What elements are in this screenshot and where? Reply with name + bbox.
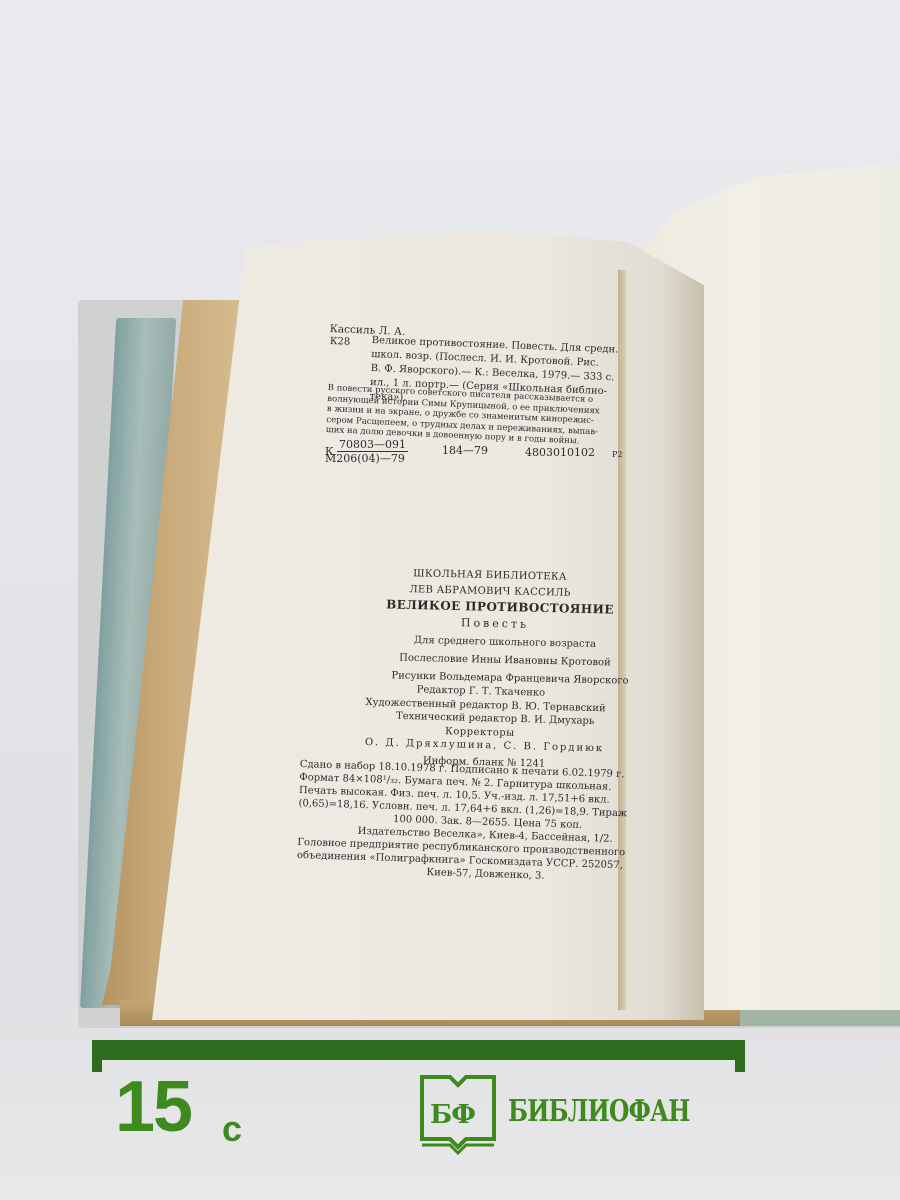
watermark-bar-tick-right — [735, 1040, 745, 1072]
imprint-block: Сдано в набор 18.10.1978 г. Подписано к … — [296, 758, 699, 888]
index-denominator: М206(04)—79 — [325, 452, 408, 465]
catalog-code-3: 4803010102 — [525, 446, 595, 459]
watermark-logo-letters: БФ — [430, 1100, 475, 1130]
index-numerator: 70803—091 — [337, 438, 408, 452]
watermark-brand: БИБЛИОФАН — [508, 1094, 690, 1129]
catalog-code-2: 184—79 — [442, 444, 488, 457]
watermark-price-unit: с — [222, 1108, 242, 1150]
index-prefix: К — [325, 445, 334, 458]
watermark-price: 15 — [115, 1068, 191, 1146]
catalog-index-fraction: К 70803—091 М206(04)—79 — [325, 438, 408, 465]
photo-scene: Кассиль Л. А. К28 Великое противостояние… — [0, 0, 900, 1200]
catalog-classification: К28 — [330, 336, 351, 348]
watermark-bar-tick-left — [92, 1040, 102, 1072]
catalog-corner-mark: Р2 — [612, 450, 622, 459]
watermark-bar — [92, 1040, 744, 1060]
